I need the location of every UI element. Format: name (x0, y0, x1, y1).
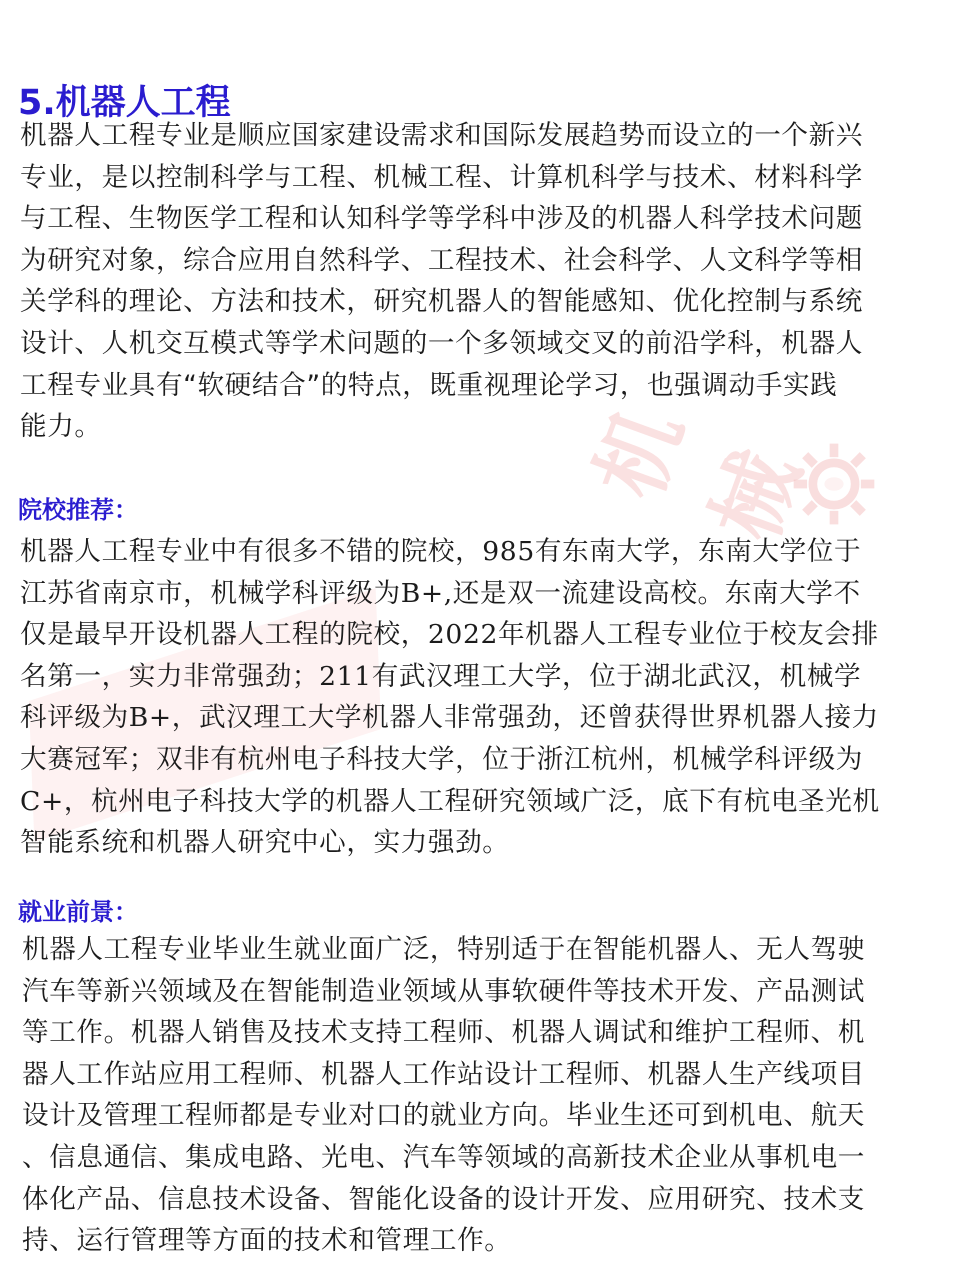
text-line: C+，杭州电子科技大学的机器人工程研究领域广泛，底下有杭电圣光机 (20, 781, 942, 823)
text-line: 大赛冠军；双非有杭州电子科技大学，位于浙江杭州，机械学科评级为 (20, 739, 942, 781)
text-line: 机器人工程专业毕业生就业面广泛，特别适于在智能机器人、无人驾驶 (22, 929, 944, 971)
gear-icon (786, 436, 882, 532)
document-page: 机械 5.机器人工程 机器人工程专业是顺应国家建设需求和国际发展趋势而设立的一个… (0, 0, 960, 1280)
text-line: 关学科的理论、方法和技术，研究机器人的智能感知、优化控制与系统 (20, 281, 942, 323)
text-line: 设计、人机交互模式等学术问题的一个多领域交叉的前沿学科，机器人 (20, 323, 942, 365)
employment-paragraph: 机器人工程专业毕业生就业面广泛，特别适于在智能机器人、无人驾驶 汽车等新兴领域及… (22, 929, 944, 1262)
section-heading-schools: 院校推荐： (18, 494, 138, 526)
text-line: 工程专业具有“软硬结合”的特点，既重视理论学习，也强调动手实践 (20, 365, 942, 407)
text-line: 专业，是以控制科学与工程、机械工程、计算机科学与技术、材料科学 (20, 157, 942, 199)
text-line: 持、运行管理等方面的技术和管理工作。 (22, 1220, 944, 1262)
text-line: 江苏省南京市，机械学科评级为B+,还是双一流建设高校。东南大学不 (20, 573, 942, 615)
schools-paragraph: 机器人工程专业中有很多不错的院校，985有东南大学，东南大学位于 江苏省南京市，… (20, 531, 942, 864)
text-line: 智能系统和机器人研究中心，实力强劲。 (20, 822, 942, 864)
text-line: 名第一，实力非常强劲；211有武汉理工大学，位于湖北武汉，机械学 (20, 656, 942, 698)
text-line: 仅是最早开设机器人工程的院校，2022年机器人工程专业位于校友会排 (20, 614, 942, 656)
text-line: 器人工作站应用工程师、机器人工作站设计工程师、机器人生产线项目 (22, 1054, 944, 1096)
section-heading-employment: 就业前景： (18, 896, 138, 928)
text-line: 等工作。机器人销售及技术支持工程师、机器人调试和维护工程师、机 (22, 1012, 944, 1054)
text-line: 为研究对象，综合应用自然科学、工程技术、社会科学、人文科学等相 (20, 240, 942, 282)
text-line: 科评级为B+，武汉理工大学机器人非常强劲，还曾获得世界机器人接力 (20, 697, 942, 739)
text-line: 汽车等新兴领域及在智能制造业领域从事软硬件等技术开发、产品测试 (22, 971, 944, 1013)
text-line: 体化产品、信息技术设备、智能化设备的设计开发、应用研究、技术支 (22, 1179, 944, 1221)
text-line: 、信息通信、集成电路、光电、汽车等领域的高新技术企业从事机电一 (22, 1137, 944, 1179)
intro-paragraph: 机器人工程专业是顺应国家建设需求和国际发展趋势而设立的一个新兴 专业，是以控制科… (20, 115, 942, 448)
text-line: 能力。 (20, 406, 942, 448)
text-line: 设计及管理工程师都是专业对口的就业方向。毕业生还可到机电、航天 (22, 1095, 944, 1137)
text-line: 机器人工程专业是顺应国家建设需求和国际发展趋势而设立的一个新兴 (20, 115, 942, 157)
text-line: 机器人工程专业中有很多不错的院校，985有东南大学，东南大学位于 (20, 531, 942, 573)
text-line: 与工程、生物医学工程和认知科学等学科中涉及的机器人科学技术问题 (20, 198, 942, 240)
